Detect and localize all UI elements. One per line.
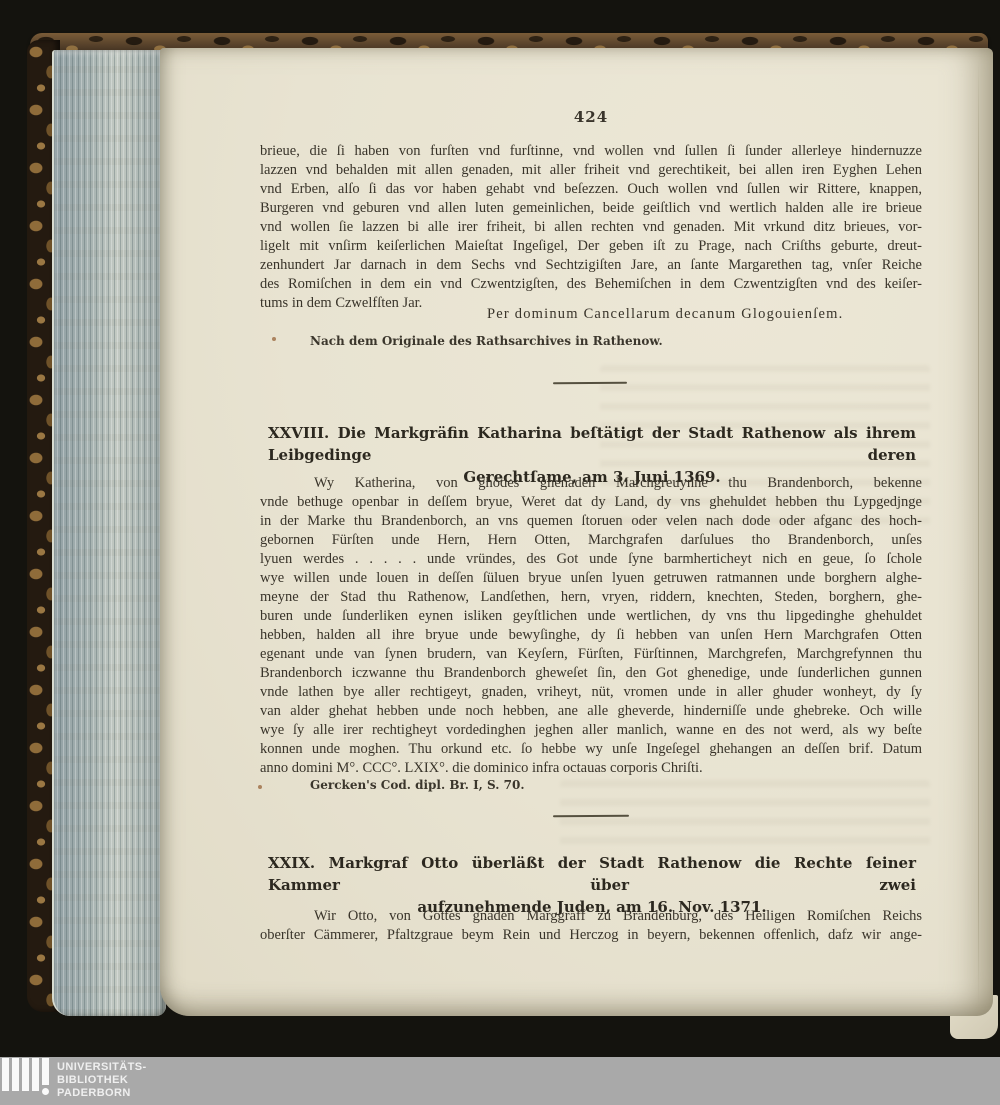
foxing-spot	[258, 785, 262, 789]
chancery-line: Per dominum Cancellarum decanum Glogouie…	[487, 306, 843, 323]
library-name-line3: PADERBORN	[57, 1087, 147, 1100]
page-edge-stack	[52, 50, 166, 1016]
paragraph-continuation-line: lazzen vnd behalden mit allen genaden, m…	[260, 161, 922, 180]
section-28-body-line: hebben, halden all ihre bryue unde bewyſ…	[260, 626, 922, 645]
library-logo-icon	[2, 1058, 49, 1095]
logo-bar	[22, 1058, 29, 1091]
section-28-body-line: vnde bethuge openbar in deſſem bryue, We…	[260, 493, 922, 512]
section-28-body-line: wye ſy alle irer rechtigheyt vordedinghe…	[260, 721, 922, 740]
section-29-number: XXIX.	[268, 854, 315, 872]
section-28-body-line: buren unde ſunderliken eynen isliken gey…	[260, 607, 922, 626]
section-29-heading-line1: XXIX. Markgraf Otto überläßt der Stadt R…	[268, 852, 916, 896]
section-28-source: Gercken's Cod. dipl. Br. I, S. 70.	[310, 778, 525, 792]
library-name: UNIVERSITÄTS- BIBLIOTHEK PADERBORN	[57, 1061, 147, 1100]
section-28-number: XXVIII.	[268, 424, 329, 442]
section-28-body-line: Brandenborch iczwanne thu Brandenborch g…	[260, 664, 922, 683]
paragraph-continuation-line: des Romiſchen in dem ein vnd Czwentzigſt…	[260, 275, 922, 294]
source-note: Nach dem Originale des Rathsarchives in …	[310, 334, 663, 348]
foxing-spot	[272, 337, 276, 341]
section-28-body-line: anno domini M°. CCC°. LXIX°. die dominic…	[260, 759, 922, 778]
section-28-body-line: lyuen werdes . . . . . unde vründes, des…	[260, 550, 922, 569]
logo-dot	[42, 1088, 49, 1095]
paragraph-continuation-line: vnd wollen ſie lazzen bi alle irer frihe…	[260, 218, 922, 237]
paragraph-continuation-line: zenhundert Jar darnach in dem Sechs vnd …	[260, 256, 922, 275]
logo-bar	[2, 1058, 9, 1091]
section-28-body-line: in der Marke thu Brandenborch, an vns qu…	[260, 512, 922, 531]
logo-bar	[42, 1058, 49, 1085]
section-28-body: Wy Katherina, von ghodes ghenaden Marchg…	[260, 474, 922, 778]
section-29-title: Markgraf Otto überläßt der Stadt Ratheno…	[268, 854, 916, 894]
page-number: 424	[260, 108, 922, 126]
section-28-body-line: meyne der Stad thu Rathenow, Landſethen,…	[260, 588, 922, 607]
section-28-body-line: wye willen unde louen in deſſen ſüluen b…	[260, 569, 922, 588]
section-29-body-line: Wir Otto, von Gottes gnaden Marggraff zu…	[260, 907, 922, 926]
library-watermark-band: UNIVERSITÄTS- BIBLIOTHEK PADERBORN	[0, 1057, 1000, 1105]
paragraph-continuation-line: Burgeren vnd geburen vnd allen luten gem…	[260, 199, 922, 218]
page-crease	[978, 60, 979, 1008]
logo-exclamation	[42, 1058, 49, 1095]
section-29-body: Wir Otto, von Gottes gnaden Marggraff zu…	[260, 907, 922, 945]
section-28-body-line: vnde lathen bye aller rechtigeyt, gnaden…	[260, 683, 922, 702]
logo-bar	[12, 1058, 19, 1091]
section-28-body-line: konnen unde moghen. Thu orkund etc. ſo h…	[260, 740, 922, 759]
section-29-body-line: oberſter Cämmerer, Pfaltzgraue beym Rein…	[260, 926, 922, 945]
library-name-line1: UNIVERSITÄTS-	[57, 1061, 147, 1074]
book-scan-view: 424 brieue, die ſi haben von furſten vnd…	[0, 0, 1000, 1105]
library-name-line2: BIBLIOTHEK	[57, 1074, 147, 1087]
section-28-heading-line1: XXVIII. Die Markgräfin Katharina beſtäti…	[268, 422, 916, 466]
section-28-body-line: van alder ghehat hebben unde noch hebben…	[260, 702, 922, 721]
section-28-title: Die Markgräfin Katharina beſtätigt der S…	[268, 424, 916, 464]
scanned-page: 424 brieue, die ſi haben von furſten vnd…	[160, 48, 993, 1016]
section-28-body-line: egenant unde van ſynen brudern, van Keyſ…	[260, 645, 922, 664]
paragraph-continuation: brieue, die ſi haben von furſten vnd fur…	[260, 142, 922, 313]
section-28-body-line: Wy Katherina, von ghodes ghenaden Marchg…	[260, 474, 922, 493]
section-28-body-line: gebornen Fürſten unde Hern, Hern Otten, …	[260, 531, 922, 550]
paragraph-continuation-line: ligelt mit vnſirm keiſerlichen Maieſtat …	[260, 237, 922, 256]
logo-bar	[32, 1058, 39, 1091]
paragraph-continuation-line: vnd Erben, alſo ſi das vor haben gehabt …	[260, 180, 922, 199]
paragraph-continuation-line: brieue, die ſi haben von furſten vnd fur…	[260, 142, 922, 161]
